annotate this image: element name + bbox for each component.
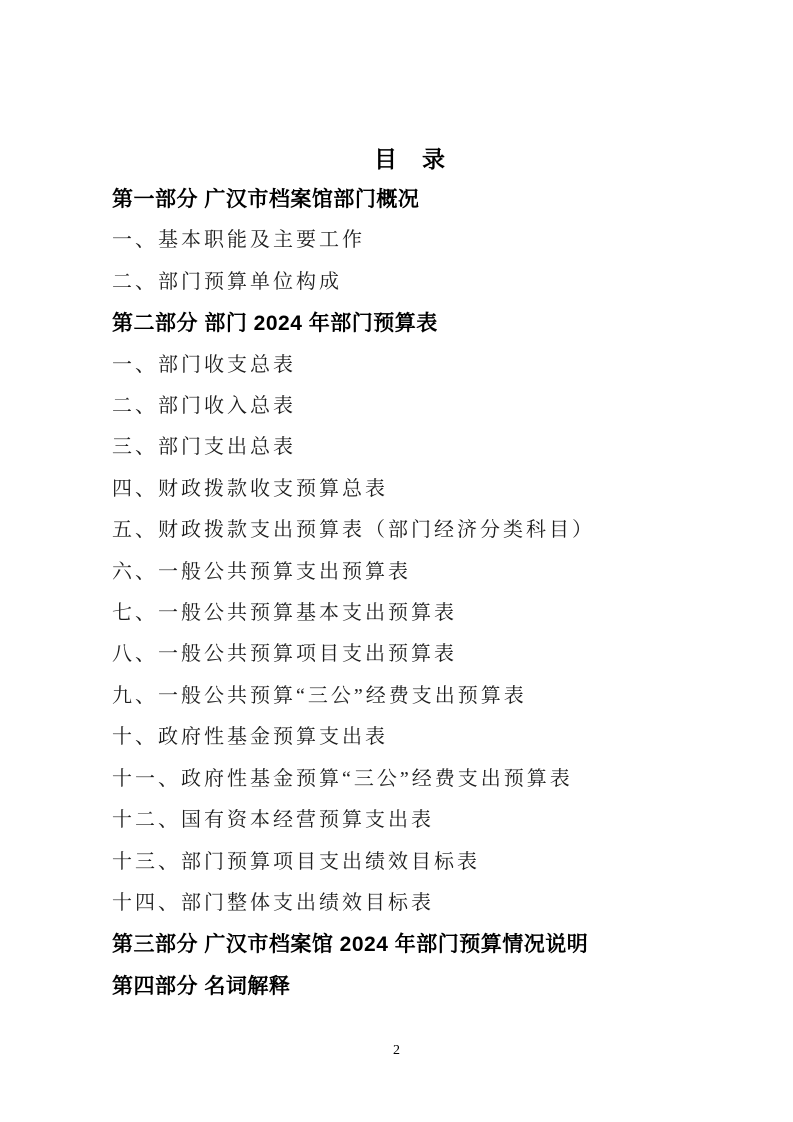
page-number: 2 <box>0 1044 793 1058</box>
toc-item: 三、部门支出总表 <box>112 427 708 468</box>
toc-item: 六、一般公共预算支出预算表 <box>112 552 708 593</box>
toc-item: 十三、部门预算项目支出绩效目标表 <box>112 842 708 883</box>
toc-section-heading: 第一部分 广汉市档案馆部门概况 <box>112 179 708 220</box>
page-content: 目 录 第一部分 广汉市档案馆部门概况一、基本职能及主要工作二、部门预算单位构成… <box>0 0 793 1007</box>
toc-item: 十二、国有资本经营预算支出表 <box>112 800 708 841</box>
toc-item: 一、基本职能及主要工作 <box>112 220 708 261</box>
toc-item: 一、部门收支总表 <box>112 345 708 386</box>
toc-list: 第一部分 广汉市档案馆部门概况一、基本职能及主要工作二、部门预算单位构成第二部分… <box>112 179 708 1007</box>
page-title: 目 录 <box>112 0 708 172</box>
toc-section-heading: 第三部分 广汉市档案馆 2024 年部门预算情况说明 <box>112 924 708 965</box>
toc-item: 十、政府性基金预算支出表 <box>112 717 708 758</box>
toc-item: 七、一般公共预算基本支出预算表 <box>112 593 708 634</box>
toc-section-heading: 第四部分 名词解释 <box>112 966 708 1007</box>
toc-item: 八、一般公共预算项目支出预算表 <box>112 634 708 675</box>
toc-item: 九、一般公共预算“三公”经费支出预算表 <box>112 676 708 717</box>
toc-item: 五、财政拨款支出预算表（部门经济分类科目） <box>112 510 708 551</box>
toc-item: 十四、部门整体支出绩效目标表 <box>112 883 708 924</box>
toc-item: 十一、政府性基金预算“三公”经费支出预算表 <box>112 759 708 800</box>
toc-item: 四、财政拨款收支预算总表 <box>112 469 708 510</box>
toc-section-heading: 第二部分 部门 2024 年部门预算表 <box>112 303 708 344</box>
document-page: 目 录 第一部分 广汉市档案馆部门概况一、基本职能及主要工作二、部门预算单位构成… <box>0 0 793 1122</box>
toc-item: 二、部门预算单位构成 <box>112 262 708 303</box>
toc-item: 二、部门收入总表 <box>112 386 708 427</box>
